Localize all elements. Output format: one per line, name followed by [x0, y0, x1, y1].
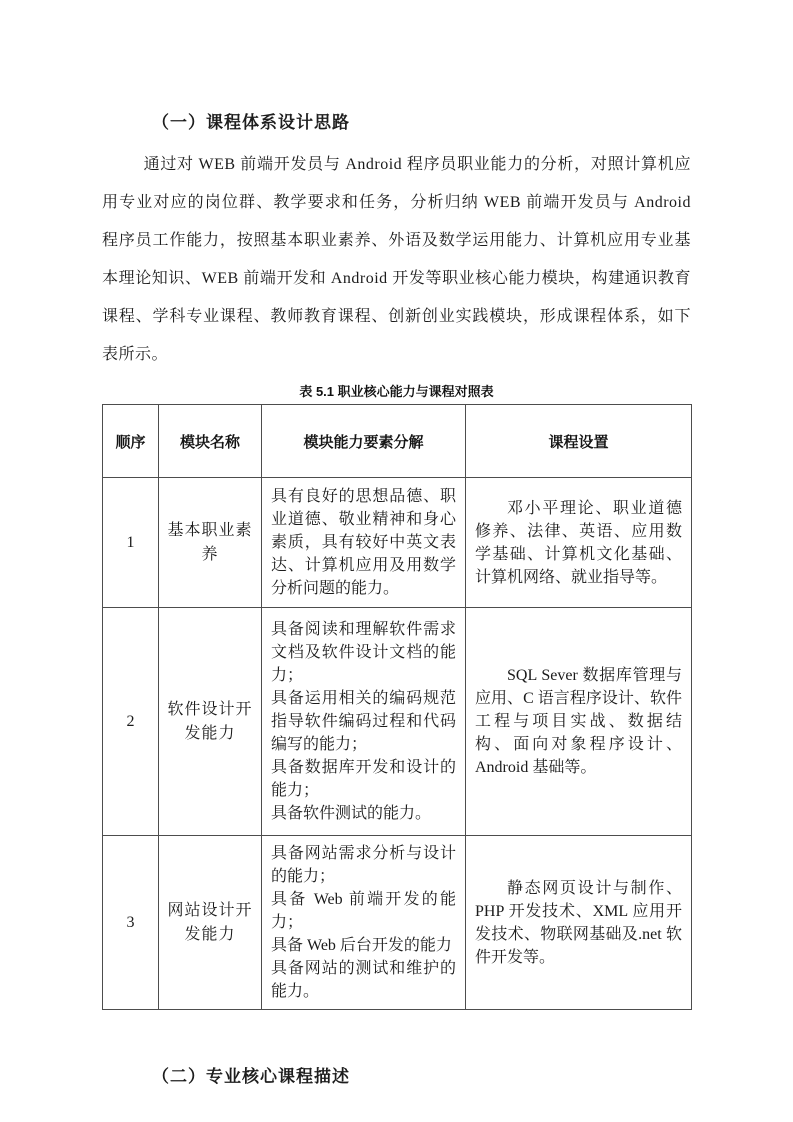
table-row: 3 网站设计开发能力 具备网站需求分析与设计的能力； 具备 Web 前端开发的能… — [103, 836, 692, 1010]
cell-abilities: 具有良好的思想品德、职业道德、敬业精神和身心素质，具有较好中英文表达、计算机应用… — [262, 478, 466, 608]
col-header-courses: 课程设置 — [466, 405, 692, 478]
cell-abilities: 具备网站需求分析与设计的能力； 具备 Web 前端开发的能力； 具备 Web 后… — [262, 836, 466, 1010]
table-caption: 表 5.1 职业核心能力与课程对照表 — [102, 381, 691, 400]
course-mapping-table: 顺序 模块名称 模块能力要素分解 课程设置 1 基本职业素养 具有良好的思想品德… — [102, 404, 692, 1010]
cell-courses: 邓小平理论、职业道德修养、法律、英语、应用数学基础、计算机文化基础、计算机网络、… — [466, 478, 692, 608]
table-row: 1 基本职业素养 具有良好的思想品德、职业道德、敬业精神和身心素质，具有较好中英… — [103, 478, 692, 608]
cell-module: 网站设计开发能力 — [159, 836, 262, 1010]
col-header-order: 顺序 — [103, 405, 159, 478]
table-row: 2 软件设计开发能力 具备阅读和理解软件需求文档及软件设计文档的能力； 具备运用… — [103, 608, 692, 836]
col-header-module: 模块名称 — [159, 405, 262, 478]
document-page: （一）课程体系设计思路 通过对 WEB 前端开发员与 Android 程序员职业… — [0, 0, 793, 1122]
section-heading-2: （二）专业核心课程描述 — [152, 1062, 691, 1087]
cell-courses: SQL Sever 数据库管理与应用、C 语言程序设计、软件工程与项目实战、数据… — [466, 608, 692, 836]
cell-order: 2 — [103, 608, 159, 836]
cell-abilities: 具备阅读和理解软件需求文档及软件设计文档的能力； 具备运用相关的编码规范指导软件… — [262, 608, 466, 836]
intro-paragraph: 通过对 WEB 前端开发员与 Android 程序员职业能力的分析，对照计算机应… — [102, 146, 691, 374]
col-header-abilities: 模块能力要素分解 — [262, 405, 466, 478]
cell-order: 3 — [103, 836, 159, 1010]
cell-module: 软件设计开发能力 — [159, 608, 262, 836]
table-header-row: 顺序 模块名称 模块能力要素分解 课程设置 — [103, 405, 692, 478]
section-heading-1: （一）课程体系设计思路 — [152, 108, 691, 133]
cell-module: 基本职业素养 — [159, 478, 262, 608]
cell-order: 1 — [103, 478, 159, 608]
cell-courses: 静态网页设计与制作、PHP 开发技术、XML 应用开发技术、物联网基础及.net… — [466, 836, 692, 1010]
